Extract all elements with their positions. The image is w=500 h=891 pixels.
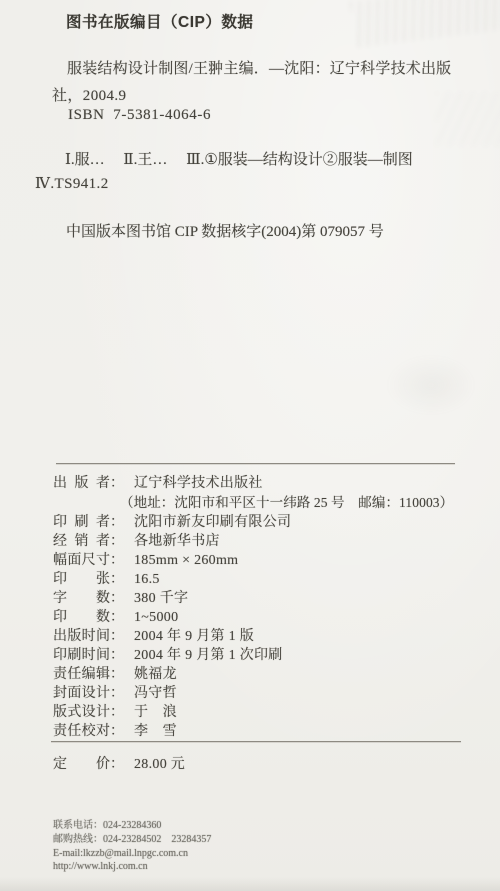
publication-row-printrun: 印数：1~5000 bbox=[53, 608, 483, 627]
row-value: 380 千字 bbox=[124, 591, 188, 606]
publication-row-pubdate: 出版时间：2004 年 9 月第 1 版 bbox=[53, 627, 483, 646]
row-label: 印数 bbox=[53, 608, 110, 627]
address-note: （地址：沈阳市和平区十一纬路 25 号 邮编：110003） bbox=[53, 495, 453, 510]
row-label: 印刷时间 bbox=[53, 646, 110, 665]
contact-line-email: E-mail:lkzzb@mail.lnpgc.com.cn bbox=[53, 847, 211, 861]
price-row: 定价：28.00 元 bbox=[53, 753, 185, 773]
classification-line-1: Ⅰ.服… Ⅱ.王… Ⅲ.①服装—结构设计②服装—制图 bbox=[65, 148, 413, 169]
publication-row-layoutdesign: 版式设计：于 浪 bbox=[53, 703, 483, 722]
publication-row-proofreader: 责任校对：李 雪 bbox=[53, 722, 483, 741]
row-value: 185mm × 260mm bbox=[124, 553, 238, 568]
row-label: 出版时间 bbox=[53, 627, 110, 646]
contact-line-mailorder: 邮购热线：024-23284502 23284357 bbox=[53, 833, 211, 847]
publication-row-size: 幅面尺寸：185mm × 260mm bbox=[53, 551, 483, 570]
row-value: 2004 年 9 月第 1 版 bbox=[124, 629, 254, 644]
row-colon: ： bbox=[110, 753, 124, 773]
row-colon: ： bbox=[110, 513, 124, 532]
row-colon: ： bbox=[110, 627, 124, 646]
cip-entry-line-1: 服装结构设计制图/王翀主编．—沈阳：辽宁科学技术出版 bbox=[67, 57, 451, 78]
row-colon: ： bbox=[110, 684, 124, 703]
row-label: 幅面尺寸 bbox=[53, 551, 110, 570]
row-value: 2004 年 9 月第 1 次印刷 bbox=[124, 648, 283, 663]
publication-row-printdate: 印刷时间：2004 年 9 月第 1 次印刷 bbox=[53, 646, 483, 665]
row-value: 于 浪 bbox=[124, 705, 177, 720]
divider-top bbox=[56, 463, 455, 464]
row-label: 责任校对 bbox=[53, 722, 110, 741]
cip-record-number: 中国版本图书馆 CIP 数据核字(2004)第 079057 号 bbox=[66, 220, 384, 241]
scan-artifact bbox=[436, 92, 500, 146]
cip-entry-line-2: 社，2004.9 bbox=[52, 84, 126, 105]
row-label: 印张 bbox=[53, 570, 110, 589]
row-value: 1~5000 bbox=[124, 610, 178, 625]
row-value: 沈阳市新友印刷有限公司 bbox=[124, 515, 291, 530]
divider-bottom bbox=[51, 741, 461, 742]
scan-artifact bbox=[350, 0, 500, 48]
publication-row-coverdesign: 封面设计：冯守哲 bbox=[53, 684, 483, 703]
row-value: 16.5 bbox=[124, 572, 160, 587]
row-label: 出版者 bbox=[53, 474, 110, 493]
row-label: 字数 bbox=[53, 589, 110, 608]
row-colon: ： bbox=[110, 646, 124, 665]
row-label: 印刷者 bbox=[53, 513, 110, 532]
row-colon: ： bbox=[110, 474, 124, 493]
row-label: 封面设计 bbox=[53, 684, 110, 703]
row-colon: ： bbox=[110, 665, 124, 684]
publication-row-printer: 印刷者：沈阳市新友印刷有限公司 bbox=[53, 513, 483, 532]
row-colon: ： bbox=[110, 589, 124, 608]
row-colon: ： bbox=[110, 570, 124, 589]
row-value: 冯守哲 bbox=[124, 686, 177, 701]
book-copyright-page: 图书在版编目（CIP）数据 服装结构设计制图/王翀主编．—沈阳：辽宁科学技术出版… bbox=[0, 0, 500, 891]
contact-line-website: http://www.lnkj.com.cn bbox=[53, 860, 211, 874]
publication-row-wordcount: 字数：380 千字 bbox=[53, 589, 483, 608]
row-label: 责任编辑 bbox=[53, 665, 110, 684]
publication-row-distributor: 经销者：各地新华书店 bbox=[53, 532, 483, 551]
publication-row-publisher: 出版者：辽宁科学技术出版社 bbox=[53, 474, 483, 493]
row-colon: ： bbox=[110, 703, 124, 722]
row-label: 经销者 bbox=[53, 532, 110, 551]
row-value: 姚福龙 bbox=[124, 667, 177, 682]
scan-artifact bbox=[386, 355, 476, 415]
price-label: 定价 bbox=[53, 753, 110, 773]
row-colon: ： bbox=[110, 608, 124, 627]
price-value: 28.00 元 bbox=[124, 757, 185, 772]
publication-row-sheets: 印张：16.5 bbox=[53, 570, 483, 589]
row-colon: ： bbox=[110, 722, 124, 741]
publication-row-editor: 责任编辑：姚福龙 bbox=[53, 665, 483, 684]
contact-line-phone: 联系电话：024-23284360 bbox=[53, 819, 211, 833]
isbn-line: ISBN 7-5381-4064-6 bbox=[68, 107, 211, 124]
row-label: 版式设计 bbox=[53, 703, 110, 722]
publication-info: 出版者：辽宁科学技术出版社 （地址：沈阳市和平区十一纬路 25 号 邮编：110… bbox=[53, 474, 483, 741]
contact-info: 联系电话：024-23284360 邮购热线：024-23284502 2328… bbox=[53, 819, 211, 874]
row-value: 辽宁科学技术出版社 bbox=[124, 476, 263, 491]
row-value: 李 雪 bbox=[124, 724, 177, 739]
scan-edge-shadow bbox=[0, 877, 500, 891]
publication-row-address: （地址：沈阳市和平区十一纬路 25 号 邮编：110003） bbox=[53, 493, 483, 513]
cip-header: 图书在版编目（CIP）数据 bbox=[66, 10, 253, 32]
row-colon: ： bbox=[110, 532, 124, 551]
row-colon: ： bbox=[110, 551, 124, 570]
classification-line-2: Ⅳ.TS941.2 bbox=[35, 174, 109, 193]
row-value: 各地新华书店 bbox=[124, 534, 220, 549]
